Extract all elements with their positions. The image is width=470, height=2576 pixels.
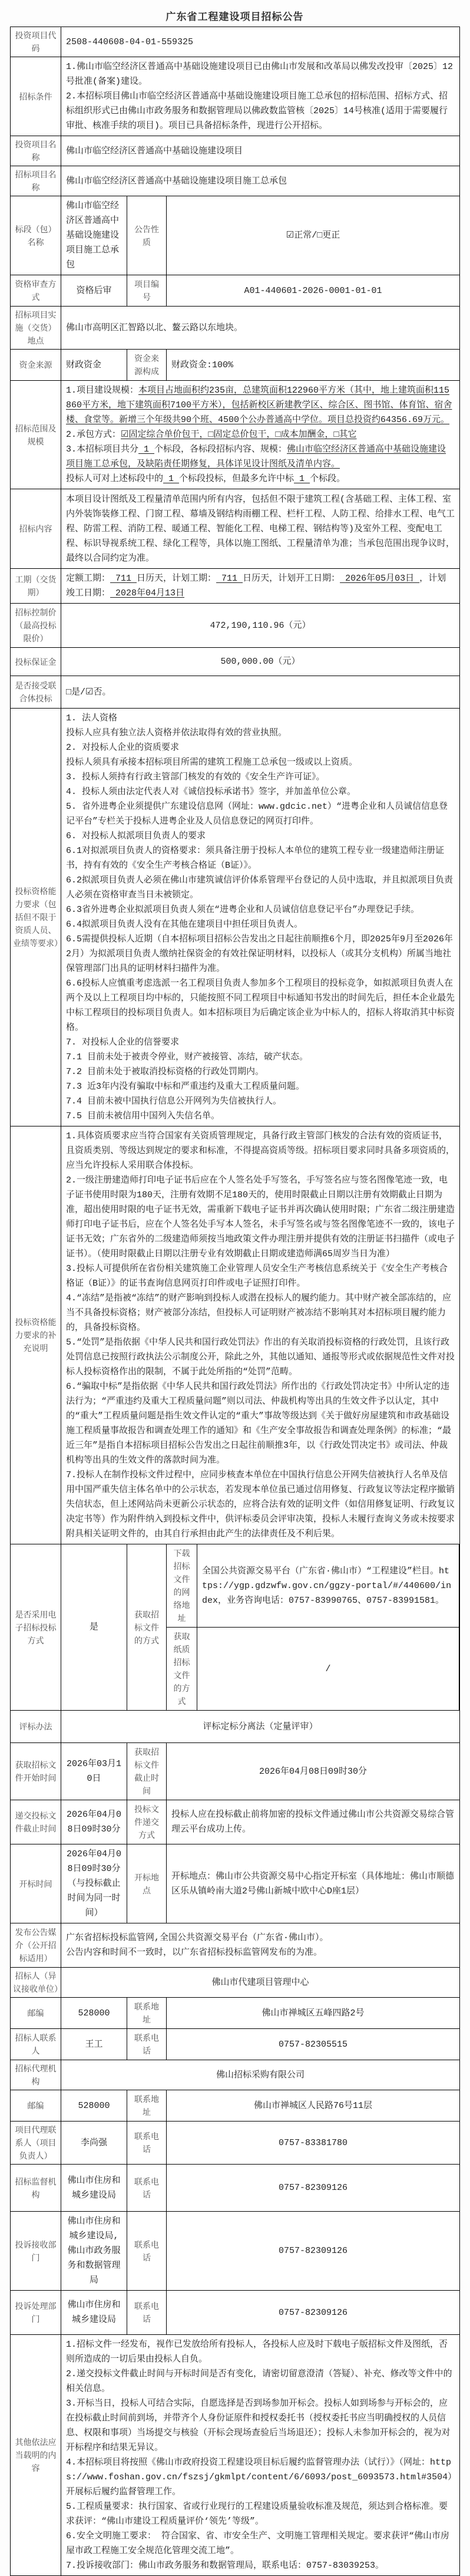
- text-line: 4. 投标人须由法定代表人对《诚信投标承诺书》签字，并加盖单位公章。: [66, 785, 455, 799]
- row-label: 标段（包）名称: [11, 196, 61, 275]
- row-value: A01-440601-2026-0001-01-01: [167, 275, 460, 307]
- text-segment: 1.项目建设规模：: [66, 386, 138, 396]
- row-value: 佛山市临空经济区普通高中基础设施建设项目施工总承包: [61, 196, 127, 275]
- row-value: □是/☑否。: [61, 676, 460, 709]
- row-value: 投标人应在投标截止前将加密的投标文件通过佛山市公共资源交易综合管理云平台成功上传…: [167, 1800, 460, 1844]
- row-value: 佛山市高明区汇智路以北、鳌云路以东地块。: [61, 307, 460, 350]
- row-sublabel: 获取招标文件截止时间: [127, 1743, 167, 1800]
- table-row: 项目代理联系人（项目负责人）李尚强联系电话0757-83381780: [11, 2122, 460, 2165]
- table-row: 发布公告媒介（公开招标适用）广东省招标投标监管网,全国公共资源交易平台（广东省·…: [11, 1923, 460, 1968]
- text-line: 财政资金: [66, 358, 122, 373]
- table-row: 投资项目名称佛山市临空经济区普通高中基础设施建设项目: [11, 136, 460, 166]
- row-value: 佛山市禅城区人民路76号11层: [167, 2090, 460, 2122]
- text-line: 佛山市住房和城乡建设局: [66, 2173, 122, 2203]
- text-line: 2.递交投标文件截止时间与开标时间是否有变化，请密切留意澄清（答疑）、补充、修改…: [66, 2367, 455, 2396]
- row-label: 招标范围及规模: [11, 381, 61, 489]
- text-line: 0757-82309126: [279, 2244, 347, 2258]
- row-sublabel: 联系电话: [127, 2122, 167, 2165]
- row-value: 0757-82309126: [167, 2165, 460, 2212]
- row-sublabel: 联系电话: [127, 2029, 167, 2060]
- text-line: 0757-83381780: [279, 2136, 347, 2150]
- row-label: 获取招标文件开始时间: [11, 1743, 61, 1800]
- row-value: 1.项目建设规模：本项目占地面积约235亩，总建筑面积122960平方米（其中，…: [61, 381, 460, 489]
- text-line: A01-440601-2026-0001-01-01: [244, 284, 382, 298]
- row-value: 0757-82305515: [167, 2029, 460, 2060]
- row-label: 投资项目名称: [11, 136, 61, 166]
- table-row: 招标人联系人王工联系电话0757-82305515: [11, 2029, 460, 2060]
- row-value: 1. 法人资格投标人应具有独立法人资格并依法取得有效的营业执照。2. 对投标人企…: [61, 709, 460, 1126]
- underlined-text: 711: [216, 574, 243, 584]
- row-sublabel: 公告性质: [127, 196, 167, 275]
- text-line: 2026年03月10日: [66, 1757, 122, 1786]
- text-line: 佛山市禅城区五峰四路2号: [262, 2006, 364, 2021]
- text-line: 2.一级注册建造师打印电子证书后应在个人签名处手写签名，手写签名应与签名图像笔迹…: [66, 1173, 455, 1261]
- table-row: 投资项目代码2508-440608-04-01-559325: [11, 27, 460, 57]
- row-label: 招标人联系人: [11, 2029, 61, 2060]
- text-line: 0757-82305515: [279, 2037, 347, 2052]
- table-subrow: 获取纸质招标文件的方式/: [167, 1628, 459, 1711]
- row-value: ☑正常/□更正: [167, 196, 460, 275]
- row-value: 佛山市临空经济区普通高中基础设施建设项目施工总承包: [61, 166, 460, 196]
- row-label: 投诉处理部门: [11, 2291, 61, 2335]
- row-label: 投标资格能力要求的补充说明: [11, 1126, 61, 1544]
- text-line: 联系地址: [132, 2000, 161, 2026]
- row-label: 招标人（异议接收单位）: [11, 1968, 61, 1998]
- text-line: 1.项目建设规模：本项目占地面积约235亩，总建筑面积122960平方米（其中，…: [66, 383, 455, 427]
- text-line: 500,000.00（元）: [220, 654, 300, 669]
- row-label: 投资项目代码: [11, 27, 61, 57]
- row-value: 定额工期： 711 日历天，计划工期： 711 日历天，计划开工日期： 2026…: [61, 569, 460, 604]
- text-line: 佛山市禅城区人民路76号11层: [254, 2099, 372, 2113]
- text-line: 开标地点: [132, 1871, 161, 1897]
- underlined-text: 1: [138, 444, 154, 454]
- row-label: 是否接受联合体投标: [11, 676, 61, 709]
- text-line: 投标人应具有独立法人资格并依法取得有效的营业执照。: [66, 726, 455, 740]
- row-value: 2508-440608-04-01-559325: [61, 27, 460, 57]
- row-value: 2026年03月10日: [61, 1743, 127, 1800]
- underlined-text: ☑固定综合单价包干，□固定总价包干，□成本加酬金，□其它: [121, 430, 356, 440]
- row-label: 投标资格能力要求（包括但不限于资质人员、业绩等要求）: [11, 709, 61, 1126]
- row-value: 528000: [61, 2090, 127, 2122]
- text-segment: 定额工期：: [66, 574, 110, 584]
- text-line: 1.佛山市临空经济区普通高中基础设施建设项目已由佛山市发展和改革局以佛发改投审〔…: [66, 60, 455, 89]
- row-sublabel: 开标地点: [127, 1844, 167, 1923]
- text-segment: 个标段，各标段招标内容、规模：: [154, 444, 287, 454]
- row-label: 投标保证金: [11, 648, 61, 676]
- text-line: 1. 法人资格: [66, 711, 455, 726]
- row-label: 项目代理联系人（项目负责人）: [11, 2122, 61, 2165]
- text-line: 3.投标人可提供所在省份相关建筑施工企业管理人员安全生产考核信息系统关于《安全生…: [66, 1261, 455, 1291]
- row-label: 工期（交货期）: [11, 569, 61, 604]
- text-segment: 3.本招标项目共分: [66, 444, 138, 454]
- text-line: ☑正常/□更正: [286, 228, 340, 243]
- underlined-text: 1: [294, 474, 310, 484]
- text-line: 6. 对投标人拟派项目负责人的要求: [66, 829, 455, 844]
- text-line: 7. 对投标人企业的信誉要求: [66, 1035, 455, 1050]
- row-sublabel: 联系电话: [127, 2165, 167, 2212]
- row-value: 是: [61, 1544, 127, 1711]
- text-segment: 个标段投标，但最多允许中标: [179, 474, 294, 484]
- table-row: 递交投标文件截止时间2026年04月08日09时30分投标文件递交方式投标人应在…: [11, 1800, 460, 1844]
- table-row: 评标办法评标定标分离法（定量评审）: [11, 1711, 460, 1743]
- table-row: 获取招标文件开始时间2026年03月10日获取招标文件截止时间2026年04月0…: [11, 1743, 460, 1800]
- text-line: 6.1对拟派项目负责人的资格要求：须具备注册于投标人本单位的建筑工程专业一级建造…: [66, 844, 455, 873]
- row-value: 2026年04月08日09时30分（与投标截止时间为同一时间）: [61, 1844, 127, 1923]
- page-title: 广东省工程建设项目招标公告: [10, 8, 459, 23]
- row-label: 招标控制价（最高投标限价）: [11, 604, 61, 648]
- text-line: 佛山市临空经济区普通高中基础设施建设项目施工总承包: [66, 174, 455, 189]
- table-row: 投标资格能力要求（包括但不限于资质人员、业绩等要求）1. 法人资格投标人应具有独…: [11, 709, 460, 1126]
- text-line: 投标人可对上述标段中的 1 个标段投标，但最多允许中标 1 个标段。: [66, 472, 455, 486]
- text-line: 7.投诉接收部门：佛山市政务服务和数据管理局，联系电话：0757-8303925…: [66, 2558, 455, 2573]
- row-label: 邮编: [11, 2090, 61, 2122]
- row-sublabel: 投标文件递交方式: [127, 1800, 167, 1844]
- text-line: 佛山市住房和城乡建设局: [66, 2298, 122, 2327]
- page: 广东省工程建设项目招标公告 投资项目代码2508-440608-04-01-55…: [0, 0, 470, 2576]
- row-label: 邮编: [11, 1998, 61, 2029]
- row-value: 佛山市临空经济区普通高中基础设施建设项目: [61, 136, 460, 166]
- table-row: 投诉接收部门佛山市住房和城乡建设局,佛山市政务服务和数据管理局联系电话0757-…: [11, 2212, 460, 2291]
- subrow-label: 获取纸质招标文件的方式: [167, 1628, 197, 1711]
- row-value: 开标地点：佛山市公共资源交易中心指定开标室（具体地址：佛山市顺德区乐从镇岭南大道…: [167, 1844, 460, 1923]
- table-row: 开标时间2026年04月08日09时30分（与投标截止时间为同一时间）开标地点开…: [11, 1844, 460, 1923]
- table-row: 其他依法应当载明的内容1.招标文件一经发布，视作已发放给所有投标人，各投标人应及…: [11, 2335, 460, 2576]
- row-value: 佛山市住房和城乡建设局: [61, 2165, 127, 2212]
- text-line: 4.本招标项目将按照《佛山市政府投资工程建设项目标后履约监督管理办法（试行）》（…: [66, 2455, 455, 2499]
- text-line: 0757-82309126: [279, 2180, 347, 2195]
- row-sublabel: 联系电话: [127, 2212, 167, 2291]
- row-value: 李尚强: [61, 2122, 127, 2165]
- text-segment: 2.承包方式：: [66, 430, 121, 440]
- row-label: 开标时间: [11, 1844, 61, 1923]
- subrow-label: 下载招标文件的网络地址: [167, 1544, 197, 1628]
- row-value: 佛山市禅城区五峰四路2号: [167, 1998, 460, 2029]
- row-sublabel: 联系电话: [127, 2291, 167, 2335]
- table-row: 邮编528000联系地址佛山市禅城区五峰四路2号: [11, 1998, 460, 2029]
- text-line: 2.本招标项目佛山市临空经济区普通高中基础设施建设项目施工总承包的招标范围、招标…: [66, 89, 455, 133]
- text-line: 公告性质: [132, 223, 161, 249]
- table-row: 是否采用电子招标投标方式是获取招标文件的方式下载招标文件的网络地址全国公共资源交…: [11, 1544, 460, 1711]
- tender-announcement-table: 投资项目代码2508-440608-04-01-559325招标条件1.佛山市临…: [10, 27, 460, 2576]
- table-row: 邮编528000联系地址佛山市禅城区人民路76号11层: [11, 2090, 460, 2122]
- text-line: □是/☑否。: [66, 685, 455, 700]
- underlined-text: 2026年05月03日: [340, 574, 419, 584]
- text-line: 王工: [85, 2037, 102, 2052]
- text-line: 2026年04月08日09时30分: [66, 1807, 122, 1837]
- text-line: 6.2拟派项目负责人必须在佛山市建筑诚信评价体系管理平台登记的人员中选取，并且拟…: [66, 873, 455, 902]
- row-label: 递交投标文件截止时间: [11, 1800, 61, 1844]
- table-row: 招标控制价（最高投标限价）472,190,110.96（元）: [11, 604, 460, 648]
- row-value: 资格后审: [61, 275, 127, 307]
- text-line: 财政资金:100%: [171, 358, 455, 373]
- text-line: 0757-82309126: [279, 2305, 347, 2320]
- text-line: 项目编号: [132, 278, 161, 304]
- text-line: 7.5 目前未被信用中国列入失信名单。: [66, 1109, 455, 1124]
- table-row: 投诉处理部门佛山市住房和城乡建设局联系电话0757-82309126: [11, 2291, 460, 2335]
- row-label: 招标内容: [11, 489, 61, 569]
- table-row: 招标人（异议接收单位）佛山市代建项目管理中心: [11, 1968, 460, 1998]
- table-row: 投标资格能力要求的补充说明1.具体资质要求应当符合国家有关资质管理规定，具备行政…: [11, 1126, 460, 1544]
- text-line: 6.6投标人应慎重考虑选派一名工程项目负责人参加多个工程项目的投标竞争，如拟派项…: [66, 976, 455, 1035]
- row-value: 佛山市住房和城乡建设局,佛山市政务服务和数据管理局: [61, 2212, 127, 2291]
- table-row: 标段（包）名称佛山市临空经济区普通高中基础设施建设项目施工总承包公告性质☑正常/…: [11, 196, 460, 275]
- row-value: 2026年04月08日09时30分: [167, 1743, 460, 1800]
- text-line: 2508-440608-04-01-559325: [66, 35, 455, 50]
- text-line: 5.“处罚”是指依据《中华人民共和国行政处罚法》作出的有关取消投标资格的行政处罚…: [66, 1335, 455, 1379]
- text-line: 投标人应在投标截止前将加密的投标文件通过佛山市公共资源交易综合管理云平台成功上传…: [171, 1807, 455, 1837]
- table-row: 是否接受联合体投标□是/☑否。: [11, 676, 460, 709]
- row-label: 招标条件: [11, 57, 61, 136]
- text-line: 7.2 目前未处于被取消投标资格的行政处罚期内。: [66, 1065, 455, 1079]
- row-value: 2026年04月08日09时30分: [61, 1800, 127, 1844]
- row-value: 广东省招标投标监管网,全国公共资源交易平台（广东省·佛山市）。公告内容和时间不一…: [61, 1923, 460, 1968]
- row-value: 1.招标文件一经发布，视作已发放给所有投标人，各投标人应及时下载电子版招标文件及…: [61, 2335, 460, 2576]
- table-row: 资格审查方式资格后审项目编号A01-440601-2026-0001-01-01: [11, 275, 460, 307]
- row-value: 0757-82309126: [167, 2212, 460, 2291]
- row-sublabel: 资金来源构成: [127, 350, 167, 381]
- row-label: 发布公告媒介（公开招标适用）: [11, 1923, 61, 1968]
- row-label: 招标项目实施（交货）地点: [11, 307, 61, 350]
- text-line: 2026年04月08日09时30分（与投标截止时间为同一时间）: [66, 1847, 122, 1921]
- row-value: 佛山招标采购有限公司: [61, 2060, 460, 2090]
- row-value: 1.具体资质要求应当符合国家有关资质管理规定，具备行政主管部门核发的合法有效的资…: [61, 1126, 460, 1544]
- row-value: 0757-83381780: [167, 2122, 460, 2165]
- row-label: 是否采用电子招标投标方式: [11, 1544, 61, 1711]
- text-line: 6.3省外进粤企业拟派项目负责人须在“进粤企业和人员诚信信息登记平台”办理登记手…: [66, 902, 455, 917]
- table-row: 招标项目实施（交货）地点佛山市高明区汇智路以北、鳌云路以东地块。: [11, 307, 460, 350]
- text-segment: 日历天，计划工期：: [137, 574, 216, 584]
- text-line: 佛山市临空经济区普通高中基础设施建设项目: [66, 144, 455, 159]
- text-line: 6.安全文明施工要求： 符合国家、省、市安全生产、文明施工管理相关规定。要求获评…: [66, 2529, 455, 2558]
- row-value: 472,190,110.96（元）: [61, 604, 460, 648]
- underlined-text: 711: [110, 574, 137, 584]
- text-line: 广东省招标投标监管网,全国公共资源交易平台（广东省·佛山市）。: [66, 1931, 455, 1945]
- row-value: 500,000.00（元）: [61, 648, 460, 676]
- table-row: 招标项目名称佛山市临空经济区普通高中基础设施建设项目施工总承包: [11, 166, 460, 196]
- text-line: 6.4拟派项目负责人没有在其他在建项目中担任项目负责人。: [66, 917, 455, 932]
- text-line: 开标地点：佛山市公共资源交易中心指定开标室（具体地址：佛山市顺德区乐从镇岭南大道…: [171, 1869, 455, 1899]
- table-row: 工期（交货期）定额工期： 711 日历天，计划工期： 711 日历天，计划开工日…: [11, 569, 460, 604]
- row-label: 资金来源: [11, 350, 61, 381]
- text-line: 1.具体资质要求应当符合国家有关资质管理规定，具备行政主管部门核发的合法有效的资…: [66, 1129, 455, 1173]
- text-line: 联系电话: [132, 2130, 161, 2156]
- row-value: 528000: [61, 1998, 127, 2029]
- row-label: 投诉接收部门: [11, 2212, 61, 2291]
- text-segment: 日历天，计划开工日期：: [243, 574, 340, 584]
- row-sublabel: 联系地址: [127, 2090, 167, 2122]
- row-value: 佛山市代建项目管理中心: [61, 1968, 460, 1998]
- underlined-text: 2028年04月13日: [110, 588, 184, 598]
- table-row: 招标代理机构佛山招标采购有限公司: [11, 2060, 460, 2090]
- text-line: 佛山市高明区汇智路以北、鳌云路以东地块。: [66, 321, 455, 335]
- text-line: 2026年04月08日09时30分: [259, 1764, 367, 1779]
- table-row: 投标保证金500,000.00（元）: [11, 648, 460, 676]
- text-line: 3. 投标人须持有行政主管部门核发的有效的《安全生产许可证》。: [66, 770, 455, 785]
- table-row: 招标内容本项目设计图纸及工程量清单范围内所有内容，包括但不限于建筑工程(含基础工…: [11, 489, 460, 569]
- text-line: 7.3 近3年内没有骗取中标和严重违约及重大工程质量问题。: [66, 1079, 455, 1094]
- row-value: 本项目设计图纸及工程量清单范围内所有内容，包括但不限于建筑工程(含基础工程、主体…: [61, 489, 460, 569]
- table-row: 招标监督机构佛山市住房和城乡建设局联系电话0757-82309126: [11, 2165, 460, 2212]
- text-line: 联系电话: [132, 2300, 161, 2325]
- row-sublabel: 联系地址: [127, 1998, 167, 2029]
- text-line: 1.招标文件一经发布，视作已发放给所有投标人，各投标人应及时下载电子版招标文件及…: [66, 2337, 455, 2367]
- text-line: 投标文件递交方式: [132, 1803, 161, 1842]
- text-line: 投标人须具有承接本招标项目所需的建筑工程施工总承包一级或以上资质。: [66, 755, 455, 770]
- text-line: 7.4 目前未被中国执行信息公开网列为失信被执行人。: [66, 1094, 455, 1109]
- text-line: 2. 对投标人企业的资质要求: [66, 740, 455, 755]
- text-line: 佛山市住房和城乡建设局,佛山市政务服务和数据管理局: [66, 2214, 122, 2288]
- row-value: 评标定标分离法（定量评审）: [61, 1711, 460, 1743]
- text-line: 5.工程质量要求：执行国家、省或行业现行的工程建设质量验收标准及规范，须达到合格…: [66, 2499, 455, 2529]
- text-line: 联系电话: [132, 2031, 161, 2057]
- text-line: 联系地址: [132, 2093, 161, 2119]
- row-label: 资格审查方式: [11, 275, 61, 307]
- row-value: 王工: [61, 2029, 127, 2060]
- text-line: 佛山市代建项目管理中心: [211, 1975, 309, 1990]
- row-value: 佛山市住房和城乡建设局: [61, 2291, 127, 2335]
- text-line: 2.承包方式：☑固定综合单价包干，□固定总价包干，□成本加酬金，□其它: [66, 427, 455, 442]
- text-line: 评标定标分离法（定量评审）: [203, 1719, 317, 1734]
- text-segment: 个标段。: [310, 474, 345, 484]
- row-value: 1.佛山市临空经济区普通高中基础设施建设项目已由佛山市发展和改革局以佛发改投审〔…: [61, 57, 460, 136]
- row-label: 招标代理机构: [11, 2060, 61, 2090]
- text-segment: 投标人可对上述标段中的: [66, 474, 163, 484]
- row-sublabel: 项目编号: [127, 275, 167, 307]
- text-line: 全国公共资源交易平台（广东省·佛山市）“工程建设”栏目。https://ygp.…: [202, 1564, 454, 1608]
- text-line: 定额工期： 711 日历天，计划工期： 711 日历天，计划开工日期： 2026…: [66, 571, 455, 601]
- row-value: 财政资金:100%: [167, 350, 460, 381]
- table-row: 资金来源财政资金资金来源构成财政资金:100%: [11, 350, 460, 381]
- row-label: 其他依法应当载明的内容: [11, 2335, 61, 2576]
- text-line: 资格后审: [76, 284, 111, 298]
- text-line: 是: [90, 1620, 98, 1635]
- table-subrow: 下载招标文件的网络地址全国公共资源交易平台（广东省·佛山市）“工程建设”栏目。h…: [167, 1544, 459, 1628]
- subrow-value: 全国公共资源交易平台（广东省·佛山市）“工程建设”栏目。https://ygp.…: [197, 1544, 459, 1628]
- text-line: 528000: [78, 2006, 110, 2021]
- subrow-value: /: [197, 1628, 459, 1711]
- row-label: 招标项目名称: [11, 166, 61, 196]
- text-line: 佛山市临空经济区普通高中基础设施建设项目施工总承包: [66, 199, 122, 272]
- text-line: 李尚强: [81, 2136, 107, 2150]
- underlined-text: 1: [163, 474, 179, 484]
- text-line: 6.5需提供投标人近期（自本招标项目招标公告发出之日起往前顺推6个月，即2025…: [66, 932, 455, 976]
- text-line: 获取招标文件的方式: [132, 1608, 161, 1647]
- row-sublabel: 获取招标文件的方式: [127, 1544, 167, 1711]
- text-line: 联系电话: [132, 2238, 161, 2264]
- text-line: 3.开标当日，投标人可结合实际，自愿选择是否到场参加开标会。投标人如到场参与开标…: [66, 2396, 455, 2455]
- text-line: 4.“冻结”是指被“冻结”的财产影响到投标人或潜在投标人的履约能力。其中财产被全…: [66, 1291, 455, 1335]
- text-line: 7.投标人在制作投标文件过程中，应同步核查本单位在中国执行信息公开网失信被执行人…: [66, 1468, 455, 1541]
- text-line: 佛山招标采购有限公司: [216, 2068, 304, 2083]
- text-line: 528000: [78, 2099, 110, 2113]
- row-label: 评标办法: [11, 1711, 61, 1743]
- table-row: 招标范围及规模1.项目建设规模：本项目占地面积约235亩，总建筑面积122960…: [11, 381, 460, 489]
- text-line: 3.本招标项目共分 1 个标段，各标段招标内容、规模：佛山市临空经济区普通高中基…: [66, 442, 455, 472]
- table-row: 招标条件1.佛山市临空经济区普通高中基础设施建设项目已由佛山市发展和改革局以佛发…: [11, 57, 460, 136]
- row-value: 0757-82309126: [167, 2291, 460, 2335]
- text-line: 7.1 目前未处于被责令停业，财产被接管、冻结，破产状态。: [66, 1050, 455, 1065]
- text-line: 公告内容和时间不一致时，以广东省招标投标监管网发布的为准。: [66, 1945, 455, 1960]
- text-line: 472,190,110.96（元）: [210, 618, 310, 633]
- row-label: 招标监督机构: [11, 2165, 61, 2212]
- text-line: 5. 省外进粤企业须提供广东建设信息网（网址：www.gdcic.net）“进粤…: [66, 799, 455, 829]
- nested-cell-group: 下载招标文件的网络地址全国公共资源交易平台（广东省·佛山市）“工程建设”栏目。h…: [167, 1544, 460, 1711]
- text-line: 资金来源构成: [132, 352, 161, 378]
- text-line: 6.“骗取中标”是指依据《中华人民共和国行政处罚法》所作出的《行政处罚决定书》中…: [66, 1379, 455, 1468]
- row-value: 财政资金: [61, 350, 127, 381]
- text-line: 联系电话: [132, 2175, 161, 2201]
- text-line: 获取招标文件截止时间: [132, 1745, 161, 1797]
- text-line: /: [325, 1662, 330, 1676]
- text-line: 本项目设计图纸及工程量清单范围内所有内容，包括但不限于建筑工程(含基础工程、主体…: [66, 492, 455, 566]
